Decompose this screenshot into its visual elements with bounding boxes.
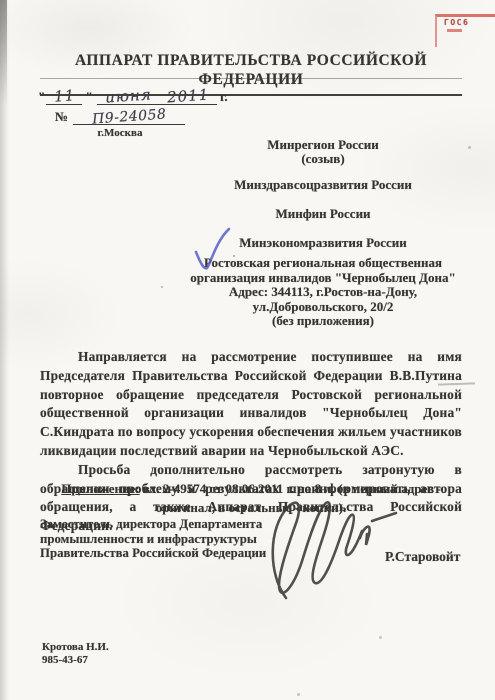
number-label: № (55, 109, 68, 124)
recipient-line: Минрегион России (158, 138, 488, 152)
recipient-line: (созыв) (158, 152, 488, 166)
scan-corner-shadow (0, 0, 7, 105)
stamp-text: ГОС6 (444, 18, 495, 27)
scanned-letter-page: ГОС6 АППАРАТ ПРАВИТЕЛЬСТВА РОССИЙСКОЙ ФЕ… (0, 0, 495, 700)
open-quote: " (38, 89, 46, 104)
close-quote: " (85, 89, 93, 104)
scan-speck (291, 512, 293, 514)
signer-name: Р.Старовойт (385, 549, 460, 565)
recipient-line: ул.Добровольского, 20/2 (158, 300, 488, 315)
date-number-block: "11 "июня2011 г. №П9-24058 г.Москва (38, 86, 253, 139)
year-suffix: г. (220, 89, 228, 104)
signer-position-line: Заместитель директора Департамента (40, 517, 266, 532)
number-row: №П9-24058 (55, 108, 253, 125)
scan-speck (161, 286, 163, 288)
handwritten-year: 2011 (166, 86, 209, 107)
scan-speck (379, 636, 382, 639)
signer-position-line: Правительства Российской Федерации (40, 546, 266, 561)
number-underline: П9-24058 (73, 108, 185, 125)
month-underline: июня2011 (97, 86, 217, 105)
letterhead-underline (40, 78, 462, 79)
handwritten-number: П9-24058 (91, 106, 166, 127)
signer-position: Заместитель директора Департамента промы… (40, 517, 266, 561)
stamp-mark (447, 29, 462, 32)
scan-edge-shadow (0, 0, 9, 700)
recipient-line: Адрес: 344113, г.Ростов-на-Дону, (158, 285, 488, 300)
scan-speck (233, 255, 235, 257)
body-paragraph-1: Направляется на рассмотрение поступившее… (40, 348, 462, 461)
scan-speck (468, 146, 471, 149)
handwritten-checkmark-icon (191, 226, 233, 276)
recipient-minfin: Минфин России (158, 207, 488, 221)
executor-name: Кротова Н.И. (42, 641, 109, 654)
executor-phone: 985-43-67 (42, 654, 109, 667)
scan-speck (297, 693, 300, 696)
registration-stamp-fragment: ГОС6 (435, 14, 495, 47)
recipient-minregion: Минрегион России (созыв) (158, 138, 488, 166)
handwritten-month: июня (104, 85, 152, 106)
recipient-line: Минфин России (158, 207, 488, 221)
day-underline: 11 (46, 86, 82, 105)
recipient-line: (без приложения) (158, 314, 488, 329)
executor-block: Кротова Н.И. 985-43-67 (42, 641, 109, 667)
signature-scribble (248, 494, 400, 606)
recipient-minzdrav: Минздравсоцразвития России (158, 178, 488, 192)
signer-position-line: промышленности и инфраструктуры (40, 532, 266, 547)
date-row: "11 "июня2011 г. (38, 86, 253, 105)
recipient-line: Минздравсоцразвития России (158, 178, 488, 192)
attachment-label: Приложение: (61, 481, 139, 496)
handwritten-day: 11 (53, 86, 75, 105)
